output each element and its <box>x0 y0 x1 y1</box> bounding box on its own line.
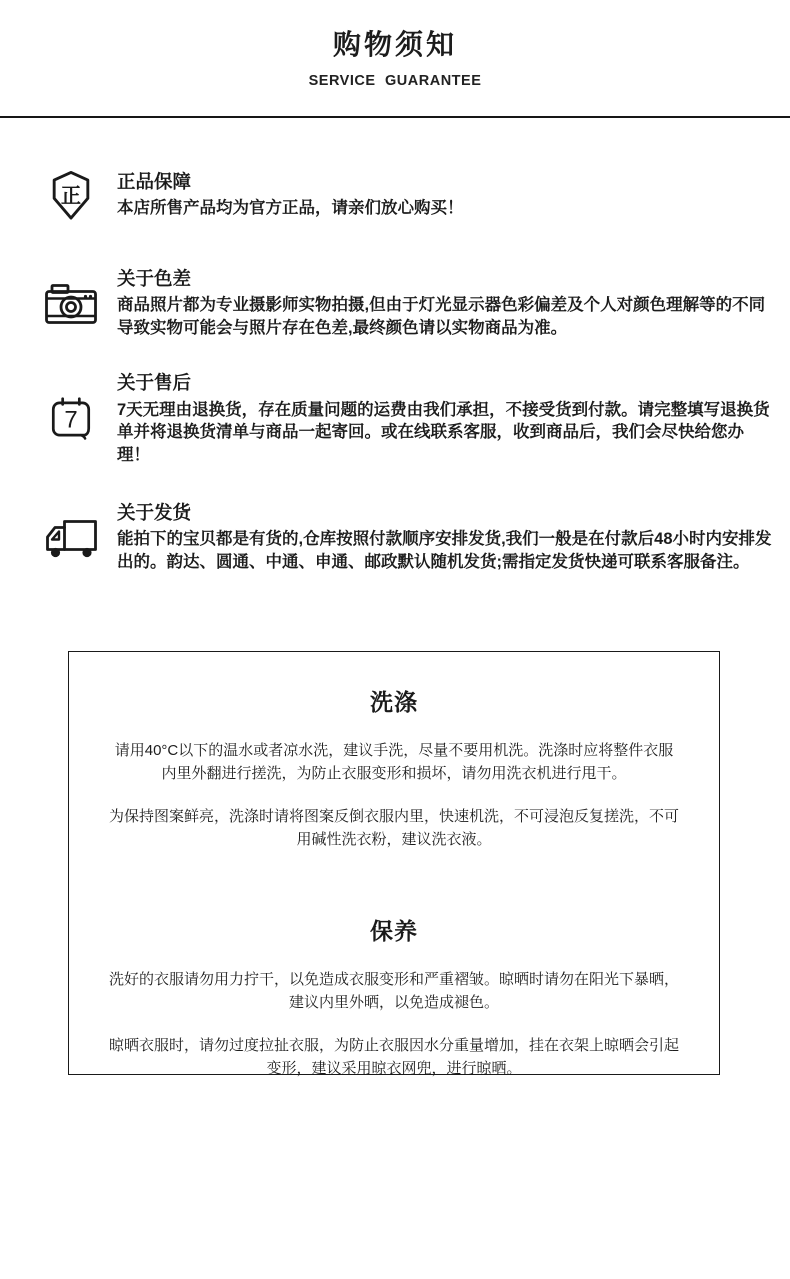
notice-list: 正 正品保障 本店所售产品均为官方正品，请亲们放心购买！ <box>0 168 790 573</box>
notice-title: 关于售后 <box>117 372 773 393</box>
shopping-notice-page: 购物须知 SERVICE GUARANTEE 正 正品保障 本店所售产品均为官方… <box>0 0 790 1279</box>
care-paragraph: 晾晒衣服时，请勿过度拉扯衣服，为防止衣服因水分重量增加，挂在衣架上晾晒会引起变形… <box>108 1034 680 1080</box>
notice-content: 正品保障 本店所售产品均为官方正品，请亲们放心购买！ <box>117 171 773 220</box>
notice-title: 关于发货 <box>117 502 773 523</box>
delivery-truck-icon <box>42 514 100 562</box>
care-section-title: 洗涤 <box>69 684 719 717</box>
notice-content: 关于发货 能拍下的宝贝都是有货的,仓库按照付款顺序安排发货,我们一般是在付款后4… <box>117 502 773 573</box>
notice-color-difference: 关于色差 商品照片都为专业摄影师实物拍摄,但由于灯光显示器色彩偏差及个人对颜色理… <box>42 268 773 339</box>
shield-badge-text: 正 <box>61 185 81 208</box>
notice-title: 关于色差 <box>117 268 773 289</box>
notice-body: 商品照片都为专业摄影师实物拍摄,但由于灯光显示器色彩偏差及个人对颜色理解等的不同… <box>117 294 773 339</box>
calendar-7-icon: 7 <box>42 394 100 444</box>
care-paragraph: 请用40°C以下的温水或者凉水洗，建议手洗，尽量不要用机洗。洗涤时应将整件衣服内… <box>108 739 680 785</box>
notice-body: 能拍下的宝贝都是有货的,仓库按照付款顺序安排发货,我们一般是在付款后48小时内安… <box>117 528 773 573</box>
notice-title: 正品保障 <box>117 171 773 192</box>
page-header: 购物须知 SERVICE GUARANTEE <box>0 0 790 89</box>
care-section-washing: 洗涤 请用40°C以下的温水或者凉水洗，建议手洗，尽量不要用机洗。洗涤时应将整件… <box>69 652 719 851</box>
notice-content: 关于色差 商品照片都为专业摄影师实物拍摄,但由于灯光显示器色彩偏差及个人对颜色理… <box>117 268 773 339</box>
notice-body: 7天无理由退换货，存在质量问题的运费由我们承担，不接受货到付款。请完整填写退换货… <box>117 399 773 467</box>
page-subtitle: SERVICE GUARANTEE <box>0 73 790 89</box>
notice-content: 关于售后 7天无理由退换货，存在质量问题的运费由我们承担，不接受货到付款。请完整… <box>117 372 773 466</box>
notice-after-sales: 7 关于售后 7天无理由退换货，存在质量问题的运费由我们承担，不接受货到付款。请… <box>42 372 773 466</box>
notice-body: 本店所售产品均为官方正品，请亲们放心购买！ <box>117 197 773 220</box>
care-paragraph: 为保持图案鲜亮，洗涤时请将图案反倒衣服内里，快速机洗，不可浸泡反复搓洗，不可用碱… <box>108 805 680 851</box>
care-section-title: 保养 <box>69 913 719 946</box>
camera-icon <box>42 280 100 328</box>
care-paragraph: 洗好的衣服请勿用力拧干，以免造成衣服变形和严重褶皱。晾晒时请勿在阳光下暴晒，建议… <box>108 968 680 1014</box>
care-instructions-box: 洗涤 请用40°C以下的温水或者凉水洗，建议手洗，尽量不要用机洗。洗涤时应将整件… <box>68 651 720 1075</box>
page-title: 购物须知 <box>0 23 790 63</box>
calendar-day-text: 7 <box>64 407 77 434</box>
notice-shipping: 关于发货 能拍下的宝贝都是有货的,仓库按照付款顺序安排发货,我们一般是在付款后4… <box>42 502 773 573</box>
notice-authenticity: 正 正品保障 本店所售产品均为官方正品，请亲们放心购买！ <box>42 168 773 222</box>
care-section-maintenance: 保养 洗好的衣服请勿用力拧干，以免造成衣服变形和严重褶皱。晾晒时请勿在阳光下暴晒… <box>69 851 719 1080</box>
authenticity-shield-icon: 正 <box>42 168 100 222</box>
header-divider <box>0 116 790 118</box>
